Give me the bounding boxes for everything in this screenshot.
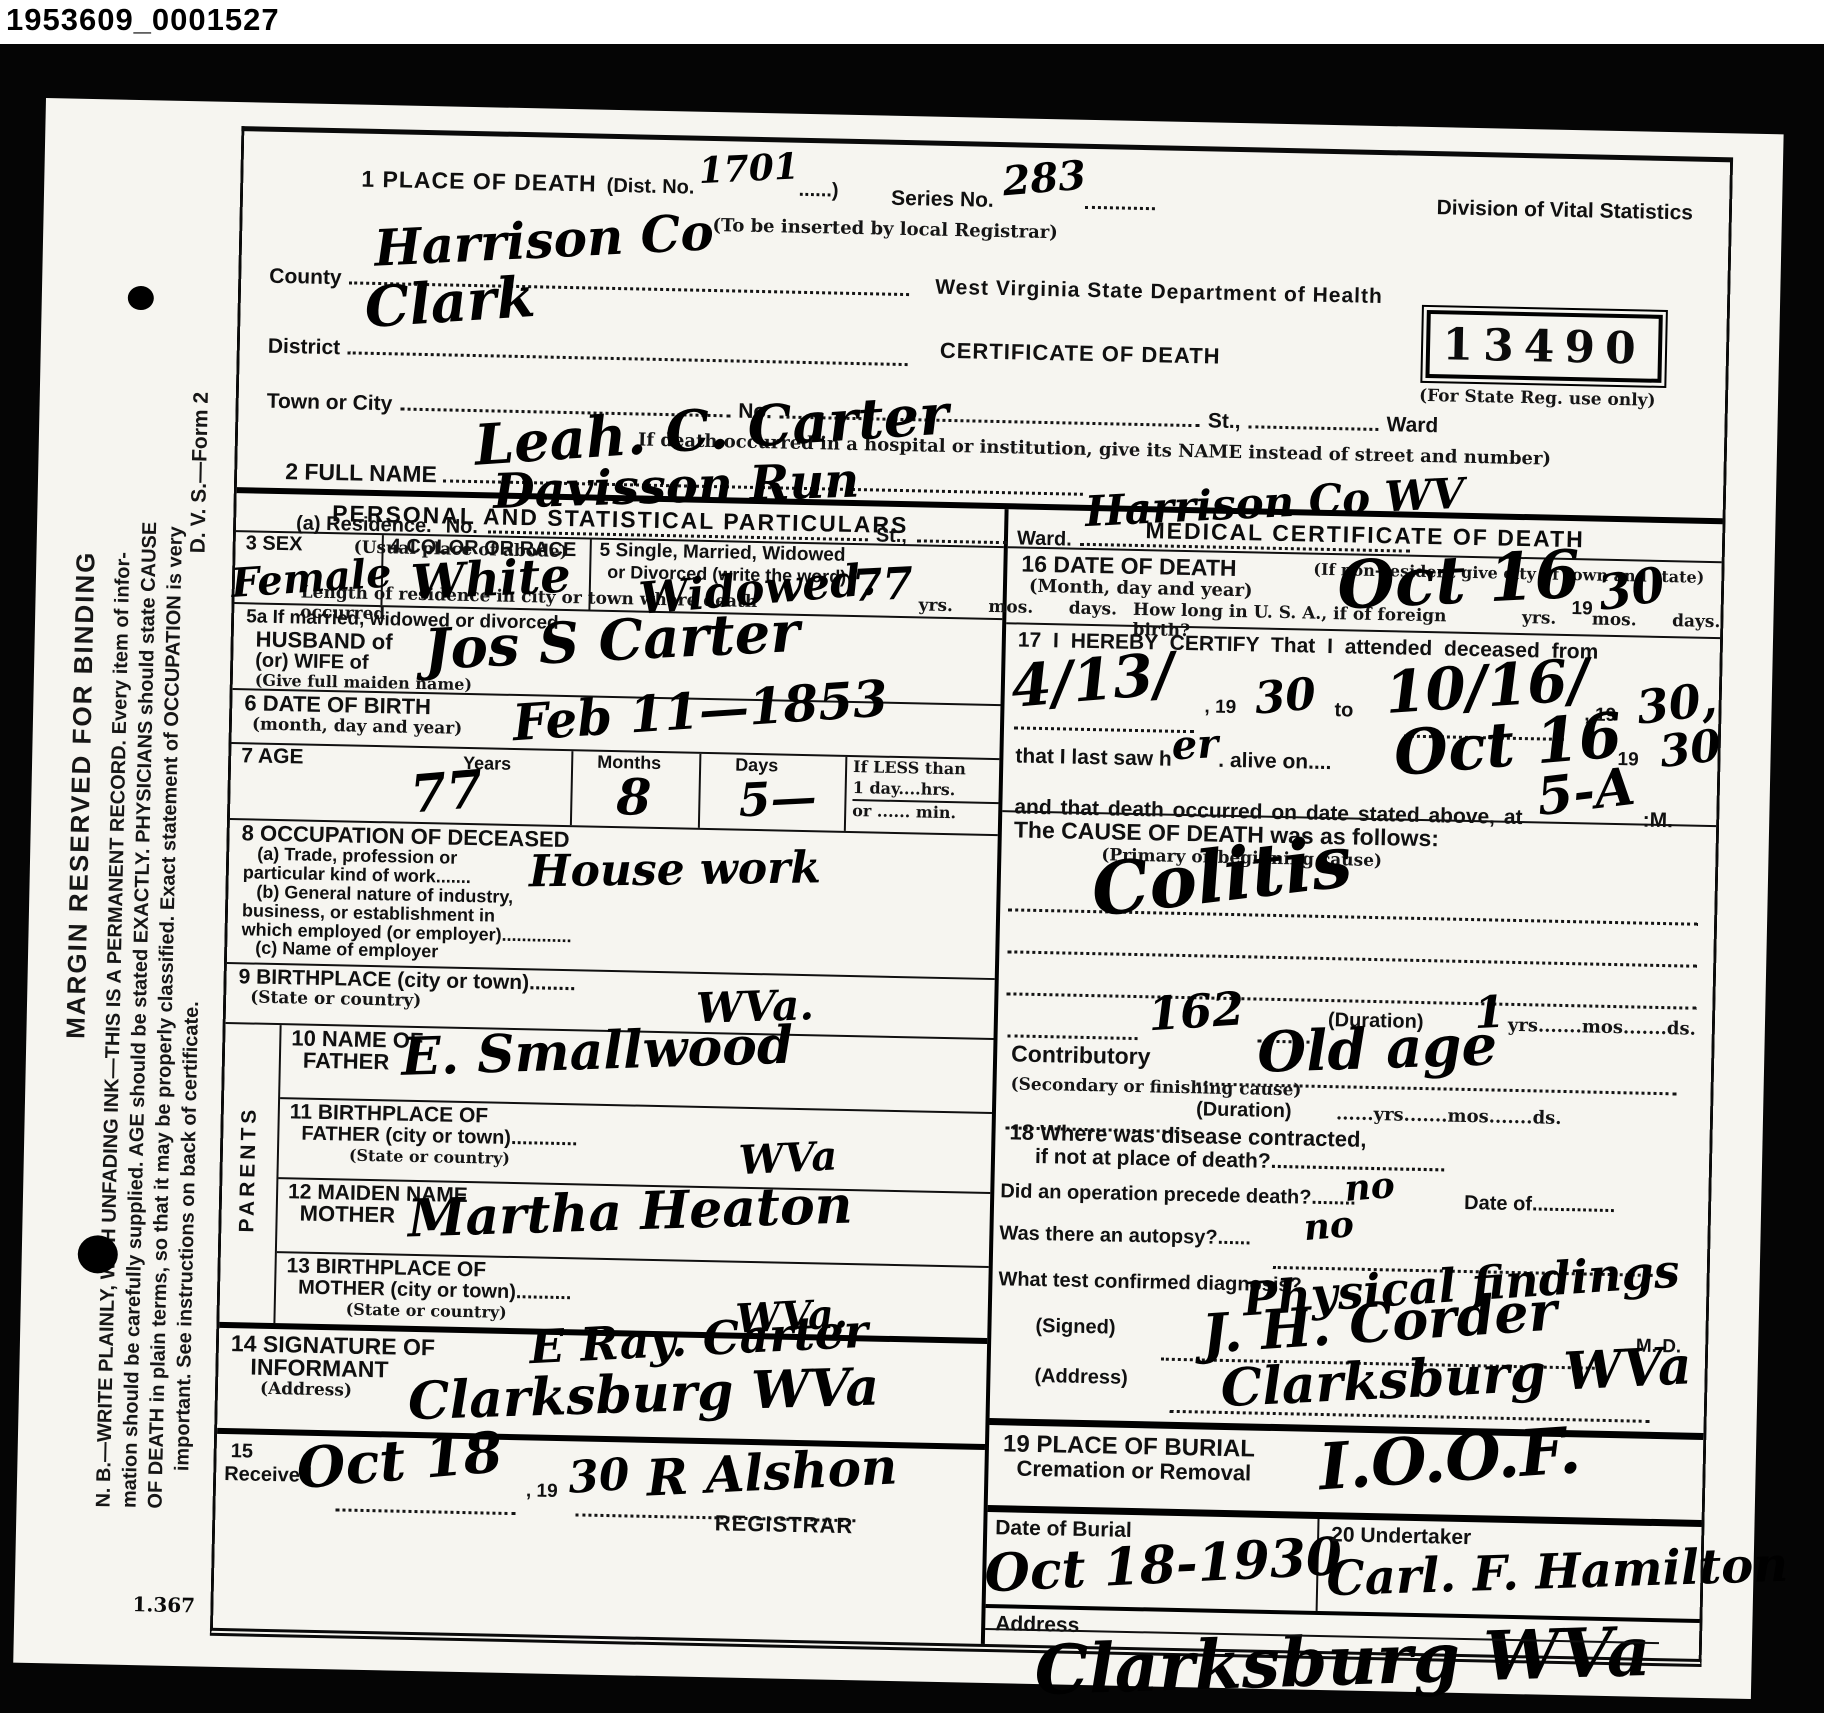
burial-row: 19 PLACE OF BURIAL Cremation or Removal … <box>988 1425 1704 1527</box>
parents-label: PARENTS <box>235 1105 262 1232</box>
certificate-number: 13490 <box>1442 319 1646 374</box>
from-year-prefix: , 19 <box>1204 696 1236 719</box>
parents-block: PARENTS 10 NAME OF FATHER E. Smallwood 1… <box>219 1024 993 1338</box>
duration-units: yrs.......mos.......ds. <box>1508 1015 1696 1040</box>
medical-column: MEDICAL CERTIFICATE OF DEATH 16 DATE OF … <box>985 509 1723 1659</box>
age-days-value: 5— <box>738 778 818 821</box>
full-name-label: 2 FULL NAME <box>285 458 437 488</box>
age-months-value: 8 <box>616 776 652 819</box>
district-value: Clark <box>364 274 537 333</box>
department-label: West Virginia State Department of Health <box>935 276 1383 309</box>
age-months-cell: Months 8 <box>572 751 702 828</box>
last-saw-label1: that I last saw h <box>1015 744 1172 771</box>
mother-name-row: 12 MAIDEN NAME MOTHER Martha Heaton <box>277 1181 990 1268</box>
town-st-label: St., <box>1208 409 1241 434</box>
husband-value: Jos S Carter <box>423 609 801 675</box>
dod-year-value: 30 <box>1596 564 1668 615</box>
father-name-value: E. Smallwood <box>401 1024 794 1080</box>
certificate-form: 1 PLACE OF DEATH (Dist. No. 1701 ......)… <box>210 126 1733 1667</box>
scan-file-id: 1953609_0001527 <box>6 2 280 38</box>
physician-address-label: (Address) <box>1034 1365 1128 1389</box>
age-days-cell: Days 5— <box>700 754 848 831</box>
death-time-value: 5-A <box>1535 765 1638 820</box>
certificate-of-death-label: CERTIFICATE OF DEATH <box>940 338 1221 370</box>
informant-address-value: Clarksburg WVa <box>407 1365 879 1424</box>
contributory-value: Old age <box>1257 1022 1498 1077</box>
series-no-label: Series No. <box>891 187 994 213</box>
form-header: 1 PLACE OF DEATH (Dist. No. 1701 ......)… <box>237 131 1730 518</box>
burial-date-cell: Date of Burial Oct 18-1930 <box>986 1512 1320 1611</box>
town-city-label: Town or City <box>266 390 392 417</box>
age-less-cell: If LESS than 1 day....hrs. or ...... min… <box>846 757 1000 834</box>
place-of-death-label: 1 PLACE OF DEATH <box>361 166 597 198</box>
town-ward-label: Ward <box>1386 413 1438 438</box>
autopsy-value: no <box>1302 1209 1355 1244</box>
last-saw-year: 30 <box>1658 727 1723 771</box>
age-years-cell: 7 AGE Years 77 <box>230 744 573 825</box>
operation-value: no <box>1343 1170 1396 1205</box>
undertaker-value: Carl. F. Hamilton <box>1326 1545 1789 1600</box>
burial-date-value: Oct 18-1930 <box>984 1535 1343 1597</box>
age-label: 7 AGE <box>241 744 304 768</box>
received-date-value: Oct 18 <box>295 1429 504 1494</box>
occupation-a-value: House work <box>529 849 821 890</box>
undertaker-cell: 20 Undertaker Carl. F. Hamilton <box>1318 1519 1702 1619</box>
cause-value: Colitis <box>1088 830 1355 922</box>
county-label: County <box>269 265 342 291</box>
dod-year-prefix: 19 <box>1571 598 1593 620</box>
received-year-prefix: , 19 <box>526 1480 558 1503</box>
sex-cell: 3 SEX Female <box>234 532 383 605</box>
punch-hole-top <box>128 286 154 311</box>
scanned-death-certificate: 1953609_0001527 MARGIN RESERVED FOR BIND… <box>0 0 1824 1713</box>
attended-from-value: 4/13/ <box>1009 649 1176 712</box>
age-years-value: 77 <box>409 768 485 818</box>
contributory-label: Contributory <box>1011 1040 1151 1070</box>
burial-date-undertaker-row: Date of Burial Oct 18-1930 20 Undertaker… <box>986 1512 1702 1623</box>
received-year-value: 30 <box>567 1456 631 1497</box>
duration2-label: (Duration) <box>1196 1098 1292 1123</box>
margin-form-code: D. V. S.—Form 2 <box>187 392 214 554</box>
signed-label: (Signed) <box>1035 1315 1115 1339</box>
dod-value: Oct 16 <box>1336 546 1581 614</box>
margin-stock-number: 1.367 <box>132 1592 195 1617</box>
certificate-sheet: MARGIN RESERVED FOR BINDING N. B.—WRITE … <box>13 98 1783 1699</box>
occupation-row: 8 OCCUPATION OF DECEASED (a) Trade, prof… <box>227 820 998 980</box>
cause-code: 162 <box>1147 989 1245 1034</box>
scan-header-strip: 1953609_0001527 <box>0 0 1824 44</box>
form-columns: PERSONAL AND STATISTICAL PARTICULARS 3 S… <box>213 487 1723 1659</box>
last-saw-label2: . alive on.... <box>1218 749 1332 775</box>
sex-label: 3 SEX <box>245 532 302 555</box>
autopsy-label: Was there an autopsy?...... <box>999 1222 1251 1249</box>
series-note: (To be inserted by local Registrar) <box>712 215 1058 243</box>
division-label: Division of Vital Statistics <box>1436 196 1693 225</box>
physician-address-value: Clarksburg WVa <box>1220 1344 1693 1411</box>
sex-value: Female <box>230 556 392 601</box>
county-value: Harrison Co <box>374 211 715 270</box>
age-less-note2: 1 day....hrs. <box>853 778 999 802</box>
age-less-note1: If LESS than <box>853 757 999 781</box>
certify-row: 17 I HEREBY CERTIFY That I attended dece… <box>1002 624 1720 827</box>
operation-date-label: Date of............... <box>1464 1192 1616 1218</box>
registrar-label: REGISTRAR <box>714 1510 853 1539</box>
dist-no-close: ......) <box>798 179 838 203</box>
dist-no-label: (Dist. No. <box>606 175 694 200</box>
dist-no-value: 1701 <box>698 151 800 186</box>
attended-from-year: 30 <box>1253 676 1317 718</box>
mother-name-value: Martha Heaton <box>407 1184 853 1242</box>
father-bp-value: WVa <box>738 1139 838 1178</box>
father-birthplace-row: 11 BIRTHPLACE OF FATHER (city or town)..… <box>278 1101 991 1194</box>
cause-of-death-block: The CAUSE OF DEATH was as follows: (Prim… <box>996 812 1716 1131</box>
age-less-note3: or ...... min. <box>852 799 998 825</box>
undertaker-address-row: Address Clarksburg WVa <box>985 1608 1700 1659</box>
margin-binding-text: MARGIN RESERVED FOR BINDING <box>60 550 101 1039</box>
residence-st-label: St., <box>876 524 908 548</box>
race-cell: 4 COLOR OR RACE White <box>382 535 591 609</box>
father-name-row: 10 NAME OF FATHER E. Smallwood <box>280 1027 993 1114</box>
registrar-signature: R Alshon <box>645 1445 898 1500</box>
state-reg-note: (For State Reg. use only) <box>1419 386 1656 411</box>
series-no-value: 283 <box>1001 158 1087 199</box>
certify-to-label: to <box>1334 699 1353 722</box>
residence-value: Davisson Run <box>492 461 859 513</box>
informant-row: 14 SIGNATURE OF INFORMANT (Address) E Ra… <box>217 1322 987 1444</box>
race-value: White <box>410 556 572 605</box>
received-row: 15 Received , 19 Oct 18 30 R Alshon REGI… <box>213 1428 985 1644</box>
last-saw-pronoun: er <box>1171 727 1219 763</box>
certificate-number-box: 13490 <box>1425 310 1662 383</box>
district-label: District <box>268 335 341 361</box>
personal-column: PERSONAL AND STATISTICAL PARTICULARS 3 S… <box>213 493 1009 1644</box>
burial-value: I.O.O.F. <box>1317 1424 1582 1496</box>
